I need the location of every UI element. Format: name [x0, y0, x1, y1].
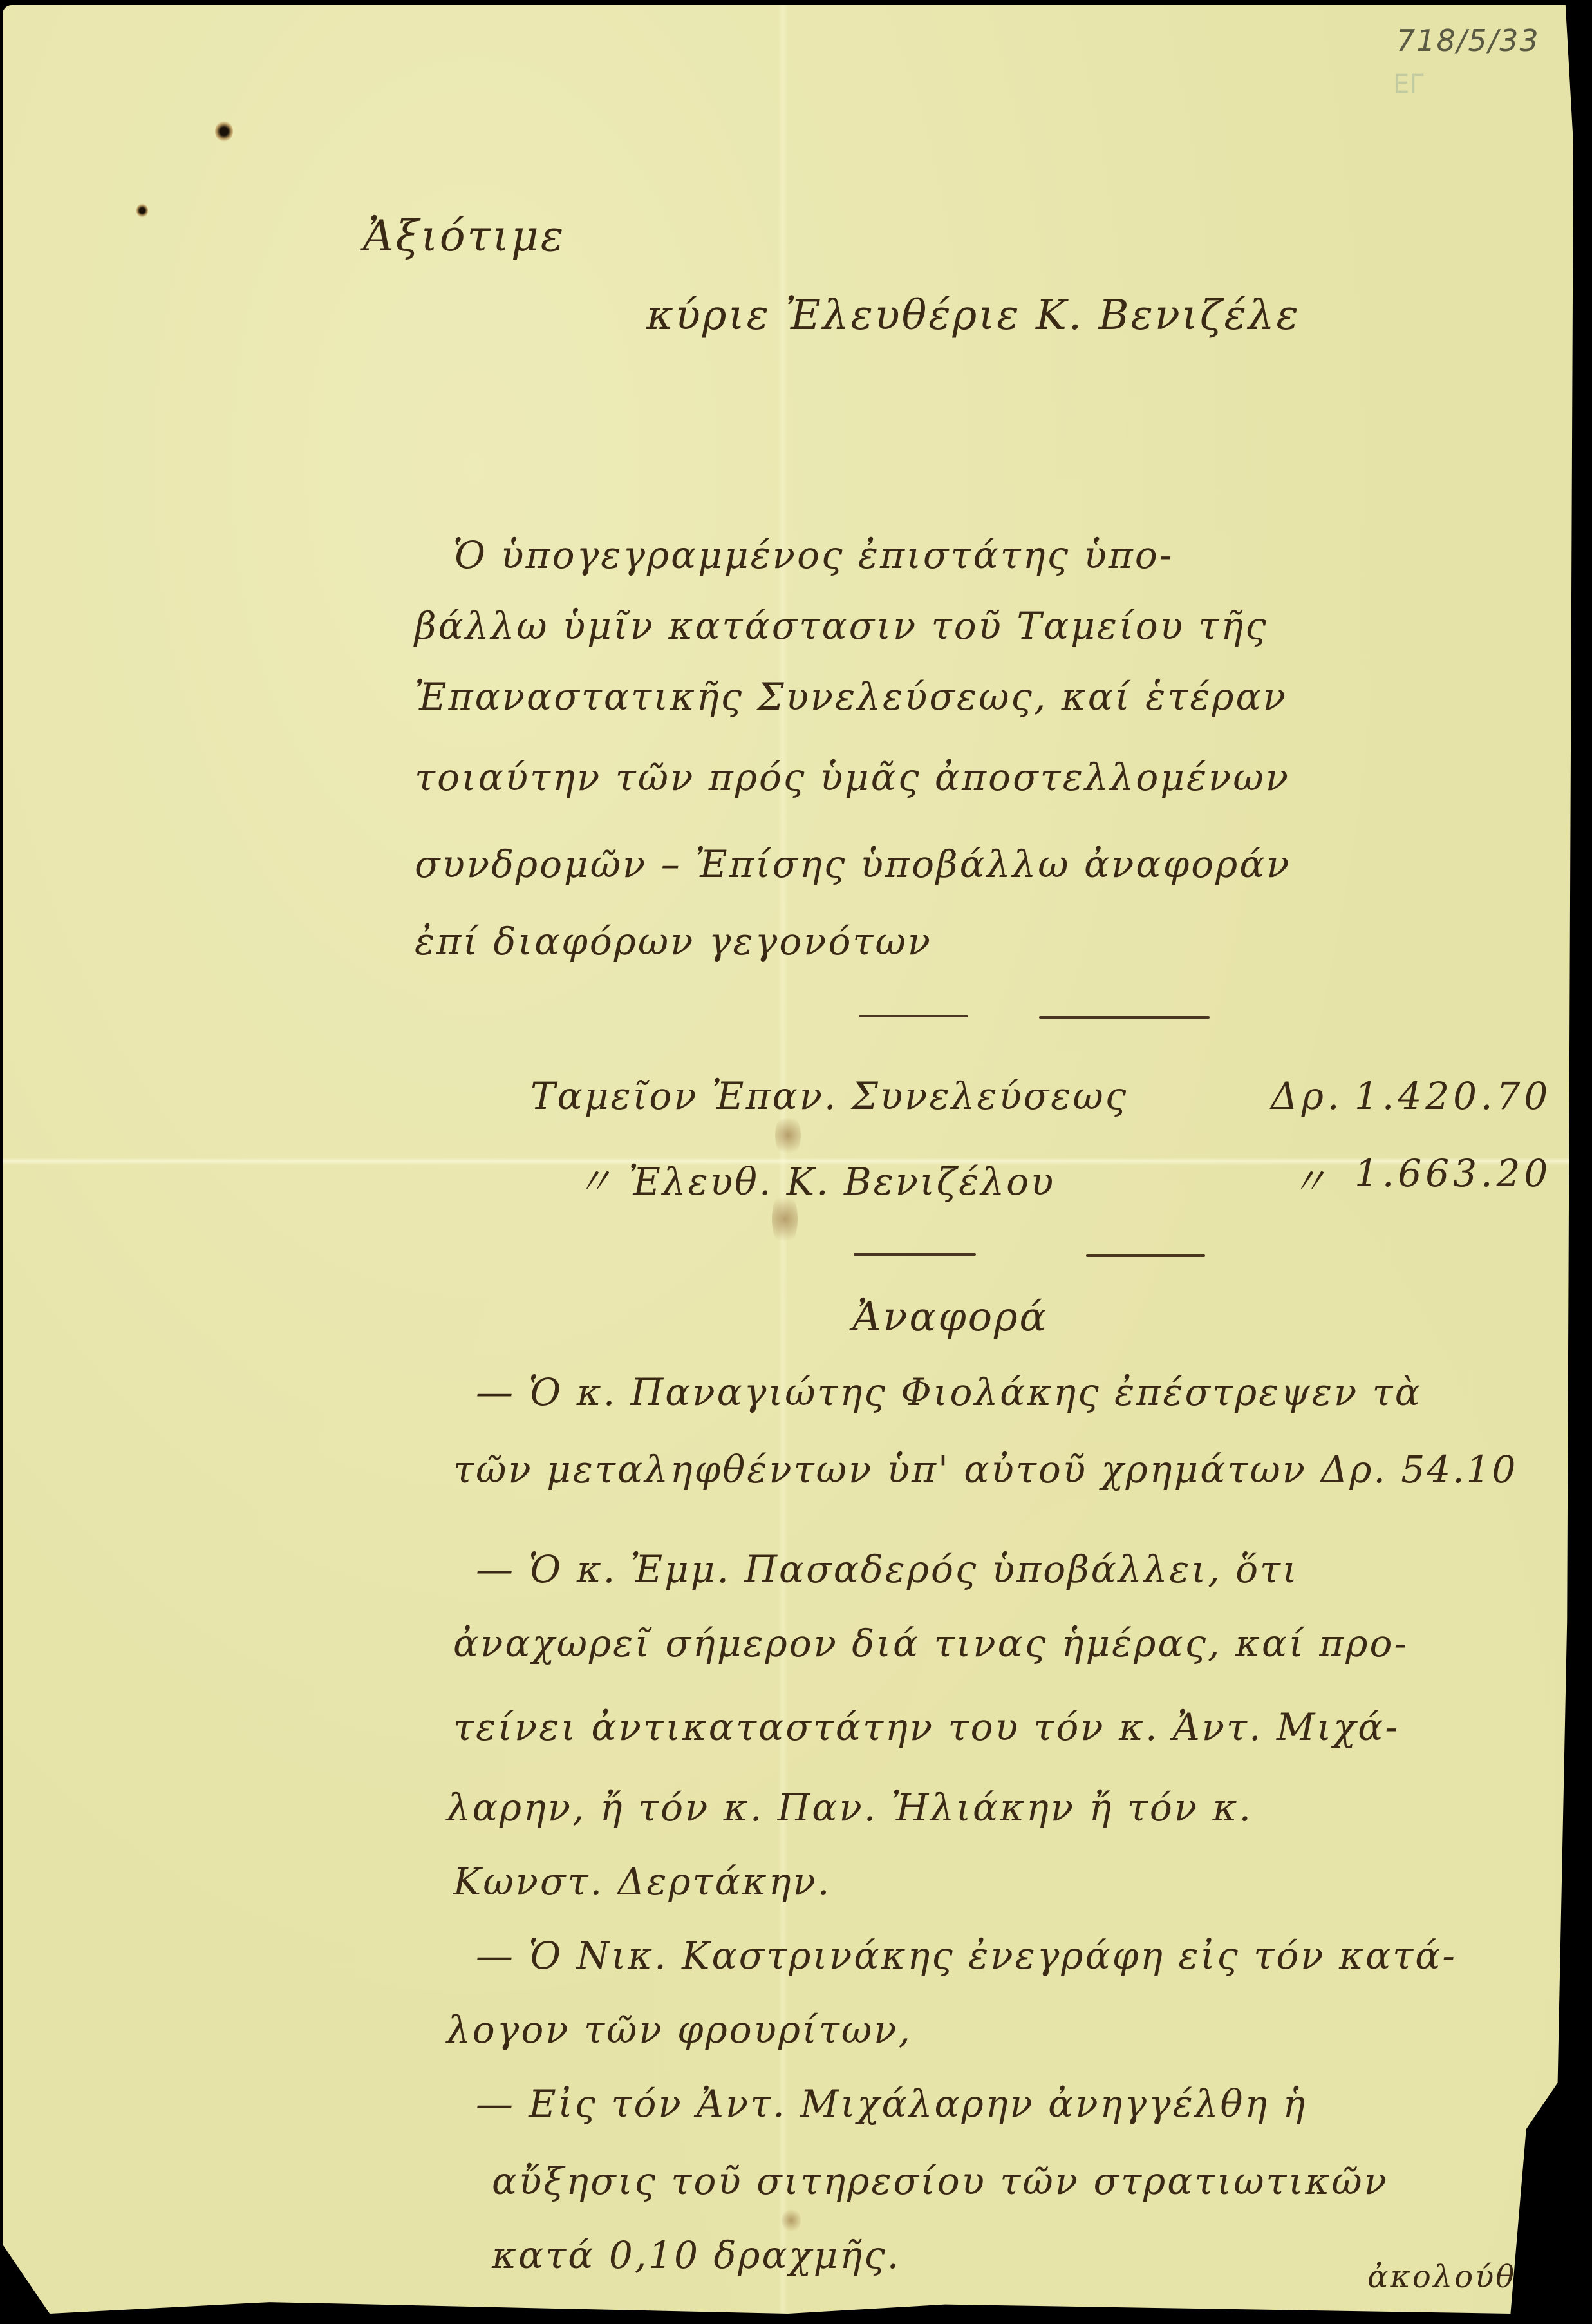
intro-line: Ἐπαναστατικῆς Συνελεύσεως, καί ἑτέραν	[415, 675, 1288, 719]
intro-line: ἐπί διαφόρων γεγονότων	[415, 920, 932, 963]
separator-rule	[1086, 1254, 1205, 1257]
report-line: τείνει ἀντικαταστάτην του τόν κ. Ἀντ. Μι…	[453, 1705, 1400, 1749]
archive-reference-number: 718/5/33	[1396, 23, 1540, 58]
report-heading: Ἀναφορά	[852, 1293, 1048, 1340]
report-line: — Εἰς τόν Ἀντ. Μιχάλαρην ἀνηγγέλθη ἡ	[476, 2082, 1307, 2126]
faint-pencil-mark: ΕΓ	[1393, 70, 1424, 99]
report-line: τῶν μεταληφθέντων ὑπ' αὐτοῦ χρημάτων Δρ.…	[453, 1448, 1517, 1491]
paper-hole	[136, 203, 148, 218]
separator-rule	[854, 1253, 976, 1256]
intro-line: συνδρομῶν – Ἐπίσης ὑποβάλλω ἀναφοράν	[415, 842, 1291, 886]
water-stain	[782, 2207, 801, 2233]
separator-rule	[1039, 1016, 1210, 1019]
report-line: Κωνστ. Δερτάκην.	[453, 1860, 831, 1904]
account-currency: 〃	[1290, 1151, 1331, 1205]
report-line: κατά 0,10 δραχμῆς.	[492, 2233, 901, 2277]
account-amount: 1.420.70	[1354, 1074, 1551, 1118]
account-label: 〃 Ἐλευθ. Κ. Βενιζέλου	[576, 1151, 1055, 1205]
report-line: λογον τῶν φρουρίτων,	[447, 2008, 912, 2052]
account-label: Ταμεῖον Ἐπαν. Συνελεύσεως	[530, 1074, 1128, 1118]
account-currency: Δρ.	[1271, 1074, 1343, 1118]
report-line: αὔξησις τοῦ σιτηρεσίου τῶν στρατιωτικῶν	[492, 2159, 1389, 2203]
report-line: — Ὁ Νικ. Καστρινάκης ἐνεγράφη εἰς τόν κα…	[476, 1934, 1457, 1978]
letter-page: 718/5/33 ΕΓ Ἀξιότιμε κύριε Ἐλευθέριε Κ. …	[3, 5, 1573, 2314]
paper-hole	[215, 121, 233, 142]
report-line: — Ὁ κ. Ἐμμ. Πασαδερός ὑποβάλλει, ὅτι	[476, 1547, 1299, 1591]
salutation-line-1: Ἀξιότιμε	[363, 211, 565, 261]
catchword: ἀκολούθως	[1367, 2259, 1562, 2295]
account-amount: 1.663.20	[1354, 1151, 1551, 1195]
report-line: λαρην, ἤ τόν κ. Παν. Ἠλιάκην ἤ τόν κ.	[447, 1786, 1253, 1829]
separator-rule	[859, 1015, 968, 1017]
report-line: ἀναχωρεῖ σήμερον διά τινας ἡμέρας, καί π…	[453, 1621, 1409, 1665]
salutation-line-2: κύριε Ἐλευθέριε Κ. Βενιζέλε	[646, 292, 1300, 339]
intro-line: τοιαύτην τῶν πρός ὑμᾶς ἀποστελλομένων	[415, 755, 1290, 799]
intro-line: Ὁ ὑπογεγραμμένος ἐπιστάτης ὑπο-	[453, 533, 1174, 577]
intro-line: βάλλω ὑμῖν κατάστασιν τοῦ Ταμείου τῆς	[415, 604, 1268, 648]
report-line: — Ὁ κ. Παναγιώτης Φιολάκης ἐπέστρεψεν τὰ	[476, 1370, 1422, 1414]
